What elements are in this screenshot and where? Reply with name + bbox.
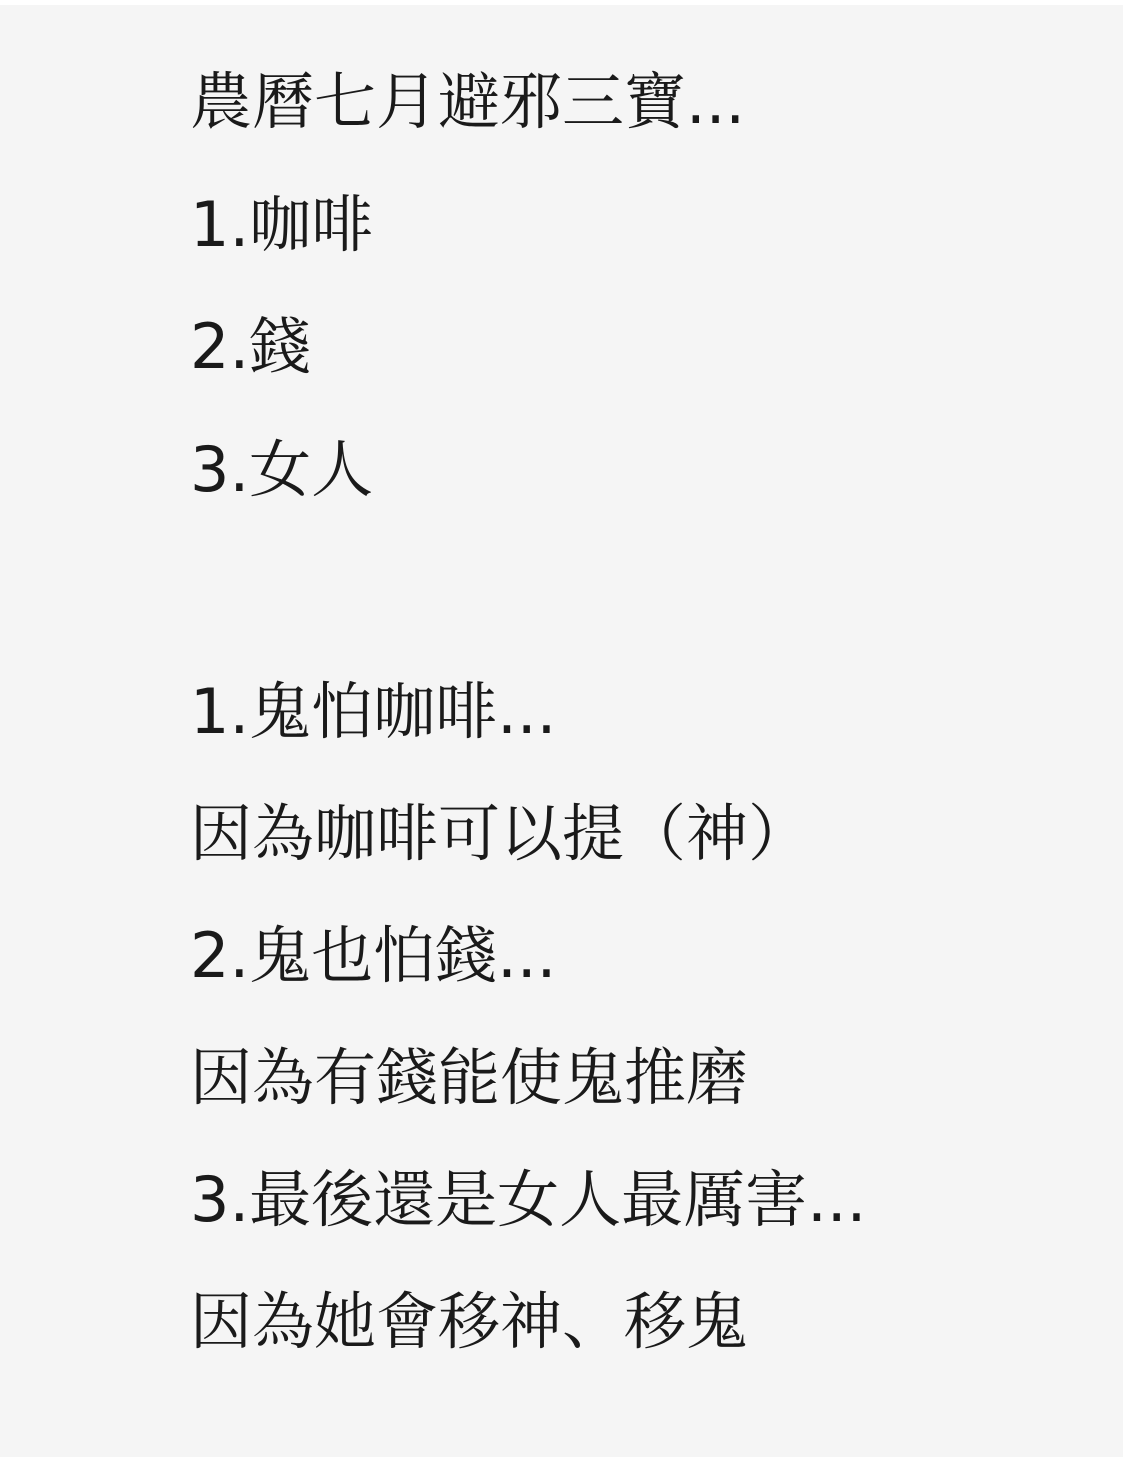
list-item-1: 1.咖啡 [190, 190, 373, 260]
document-title: 農曆七月避邪三寶... [190, 67, 745, 137]
list-item-3: 3.女人 [190, 435, 373, 505]
document-page: 農曆七月避邪三寶... 1.咖啡 2.錢 3.女人 1.鬼怕咖啡... 因為咖啡… [0, 5, 1123, 1457]
list-item-2: 2.錢 [190, 312, 311, 382]
explanation-reason-3: 因為她會移神、移鬼 [190, 1287, 748, 1357]
explanation-point-1: 1.鬼怕咖啡... [190, 677, 556, 747]
explanation-point-2: 2.鬼也怕錢... [190, 921, 556, 991]
explanation-reason-1: 因為咖啡可以提（神） [190, 799, 810, 869]
explanation-reason-2: 因為有錢能使鬼推磨 [190, 1043, 748, 1113]
explanation-point-3: 3.最後還是女人最厲害... [190, 1165, 866, 1235]
